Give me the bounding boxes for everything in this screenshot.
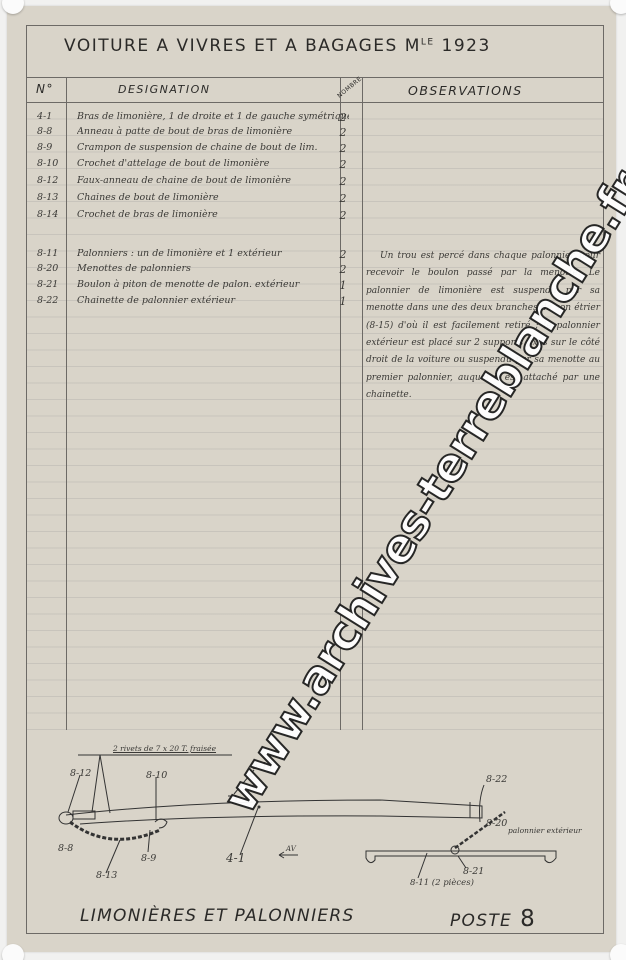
- label-8-22: 8-22: [486, 774, 507, 785]
- label-8-12: 8-12: [70, 768, 91, 779]
- label-8-11: 8-11 (2 pièces): [410, 878, 474, 888]
- label-8-9: 8-9: [141, 853, 156, 864]
- label-palonnier-exterieur: palonnier extérieur: [508, 826, 582, 835]
- label-8-10: 8-10: [146, 770, 167, 781]
- label-av: AV: [286, 845, 296, 853]
- label-8-21: 8-21: [463, 866, 484, 877]
- poste-number: POSTE8: [450, 906, 536, 932]
- label-8-13: 8-13: [96, 870, 117, 881]
- section-title: LIMONIÈRES ET PALONNIERS: [80, 906, 355, 926]
- label-4-1: 4-1: [226, 851, 245, 865]
- rivet-note: 2 rivets de 7 x 20 T. fraisée: [113, 744, 216, 753]
- label-8-20: 8-20: [486, 818, 507, 829]
- label-8-8: 8-8: [58, 843, 73, 854]
- technical-drawing: [0, 0, 626, 960]
